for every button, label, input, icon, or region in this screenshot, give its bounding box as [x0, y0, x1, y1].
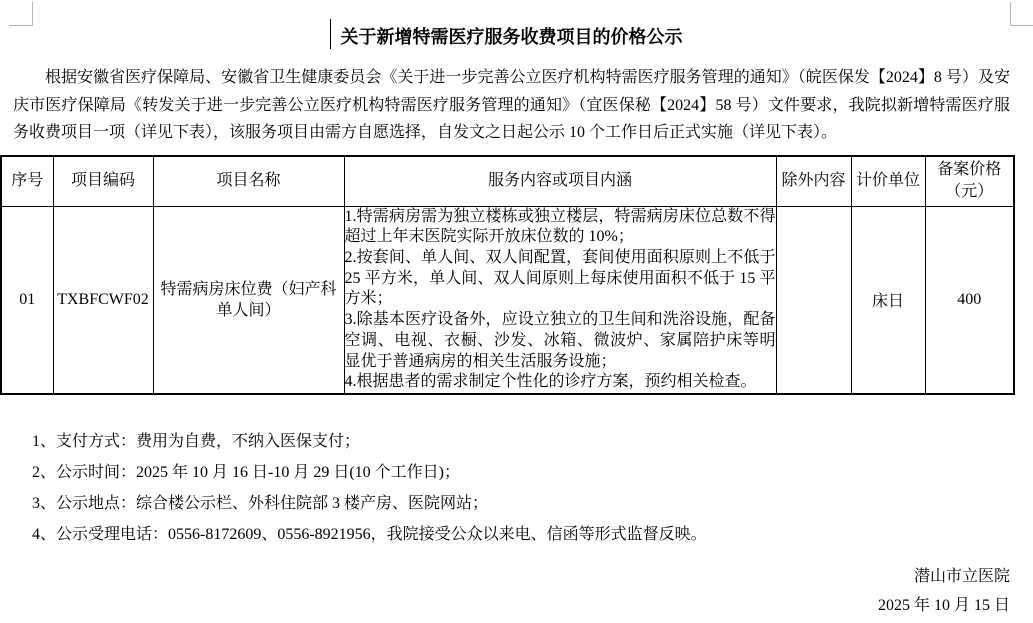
signature-org: 潜山市立医院 — [878, 562, 1010, 591]
table-row: 01 TXBFCWF02 特需病房床位费（妇产科单人间） 1.特需病房需为独立楼… — [1, 206, 1014, 394]
cell-unit: 床日 — [851, 206, 925, 394]
cell-exclusions — [776, 206, 851, 394]
cell-price: 400 — [925, 206, 1014, 394]
page-title: 关于新增特需医疗服务收费项目的价格公示 — [13, 23, 1010, 49]
signature-block: 潜山市立医院 2025 年 10 月 15 日 — [878, 562, 1010, 620]
header-price: 备案价格（元） — [925, 156, 1014, 206]
margin-crop-mark-top-right-vertical — [1010, 2, 1011, 25]
note-contact-phone: 4、公示受理电话：0556-8172609、0556-8921956，我院接受公… — [32, 519, 992, 550]
margin-crop-mark-top-left-vertical — [32, 2, 33, 25]
note-payment: 1、支付方式：费用为自费，不纳入医保支付； — [32, 426, 992, 457]
cell-code: TXBFCWF02 — [53, 206, 153, 394]
notes-section: 1、支付方式：费用为自费，不纳入医保支付； 2、公示时间：2025 年 10 月… — [32, 426, 992, 550]
header-code: 项目编码 — [53, 156, 153, 206]
price-publicity-table: 序号 项目编码 项目名称 服务内容或项目内涵 除外内容 计价单位 备案价格（元）… — [0, 155, 1015, 395]
table-header-row: 序号 项目编码 项目名称 服务内容或项目内涵 除外内容 计价单位 备案价格（元） — [1, 156, 1014, 206]
header-content: 服务内容或项目内涵 — [344, 156, 776, 206]
header-unit: 计价单位 — [851, 156, 925, 206]
note-publicity-period: 2、公示时间：2025 年 10 月 16 日-10 月 29 日(10 个工作… — [32, 457, 992, 488]
cell-seq: 01 — [1, 206, 53, 394]
cell-service-content: 1.特需病房需为独立楼栋或独立楼层，特需病房床位总数不得超过上年末医院实际开放床… — [344, 206, 776, 394]
service-item-1: 1.特需病房需为独立楼栋或独立楼层，特需病房床位总数不得超过上年末医院实际开放床… — [345, 207, 776, 248]
note-publicity-location: 3、公示地点：综合楼公示栏、外科住院部 3 楼产房、医院网站； — [32, 488, 992, 519]
margin-crop-mark-top-right-horizontal — [1010, 25, 1033, 26]
header-seq: 序号 — [1, 156, 53, 206]
signature-date: 2025 年 10 月 15 日 — [878, 591, 1010, 620]
service-item-3: 3.除基本医疗设备外，应设立独立的卫生间和洗浴设施，配备空调、电视、衣橱、沙发、… — [345, 310, 776, 372]
cell-name: 特需病房床位费（妇产科单人间） — [153, 206, 344, 394]
header-name: 项目名称 — [153, 156, 344, 206]
intro-paragraph: 根据安徽省医疗保障局、安徽省卫生健康委员会《关于进一步完善公立医疗机构特需医疗服… — [13, 64, 1010, 147]
service-item-4: 4.根据患者的需求制定个性化的诊疗方案，预约相关检查。 — [345, 372, 776, 393]
word-document-page[interactable]: { "document": { "title": "关于新增特需医疗服务收费项目… — [0, 0, 1033, 623]
service-item-2: 2.按套间、单人间、双人间配置，套间使用面积原则上不低于 25 平方米，单人间、… — [345, 248, 776, 310]
header-exclusions: 除外内容 — [776, 156, 851, 206]
